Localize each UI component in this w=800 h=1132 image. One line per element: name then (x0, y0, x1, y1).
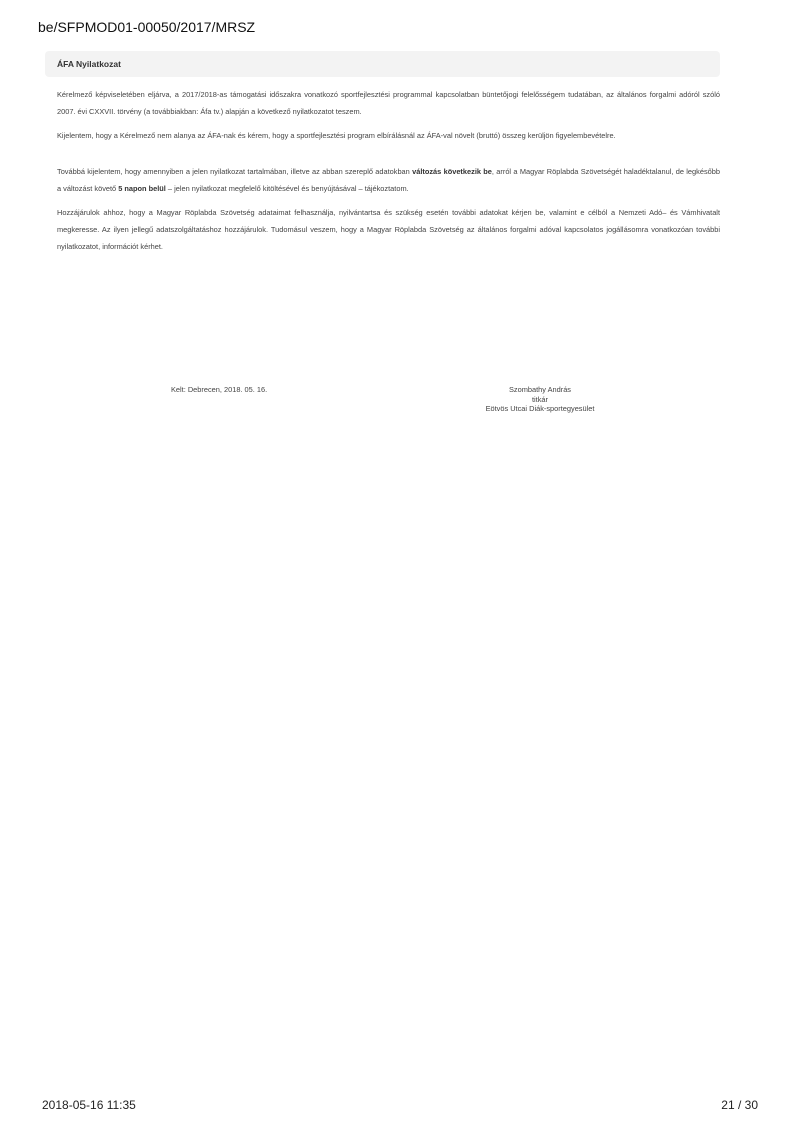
signatory-name: Szombathy András (460, 385, 620, 395)
signature-block: Szombathy András titkár Eötvös Utcai Diá… (460, 385, 620, 414)
paragraph-change-notice: Továbbá kijelentem, hogy amennyiben a je… (57, 163, 720, 197)
place-date: Kelt: Debrecen, 2018. 05. 16. (171, 385, 267, 394)
change-notice-part1: Továbbá kijelentem, hogy amennyiben a je… (57, 167, 412, 176)
footer-timestamp: 2018-05-16 11:35 (42, 1098, 136, 1112)
section-title: ÁFA Nyilatkozat (57, 59, 121, 69)
page-number: 21 / 30 (721, 1098, 758, 1112)
change-notice-bold2: 5 napon belül (118, 184, 166, 193)
paragraph-statement: Kérelmező képviseletében eljárva, a 2017… (57, 86, 720, 120)
change-notice-bold1: változás következik be (412, 167, 492, 176)
change-notice-part3: – jelen nyilatkozat megfelelő kitöltésév… (166, 184, 409, 193)
paragraph-vat-status: Kijelentem, hogy a Kérelmező nem alanya … (57, 127, 720, 144)
signatory-role: titkár (460, 395, 620, 405)
document-body: Kérelmező képviseletében eljárva, a 2017… (57, 86, 720, 255)
document-id: be/SFPMOD01-00050/2017/MRSZ (38, 19, 255, 35)
signatory-organization: Eötvös Utcai Diák-sportegyesület (460, 404, 620, 414)
paragraph-consent: Hozzájárulok ahhoz, hogy a Magyar Röplab… (57, 204, 720, 255)
section-header: ÁFA Nyilatkozat (45, 51, 720, 77)
